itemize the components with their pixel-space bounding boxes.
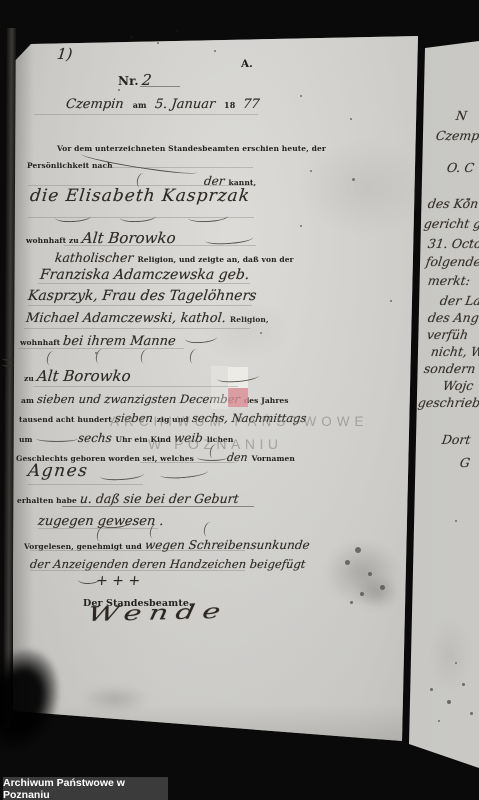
handwritten-text: Agnes <box>27 461 90 481</box>
form-line-l14: amsieben und zwanzigsten Decemberdes Jah… <box>21 388 292 407</box>
paper-speck <box>176 30 178 32</box>
margin-note: 1) <box>56 45 73 63</box>
handwritten-text: sechs <box>77 431 112 445</box>
margin-mark <box>2 356 14 361</box>
paper-speck <box>300 225 302 227</box>
form-rule <box>64 245 256 246</box>
printed-text: des Jahres <box>244 396 289 405</box>
handwritten-text: katholischer <box>54 250 134 265</box>
form-line-l13: zuAlt Borowko <box>24 366 135 385</box>
dateline-year: 77 <box>243 97 261 112</box>
paper-speck <box>214 50 216 52</box>
printed-text: zu <box>24 374 34 383</box>
printed-text: Vornamen <box>252 454 295 463</box>
record-number-label: Nr. <box>118 74 139 88</box>
handwritten-text: die Elisabeth Kasprzak <box>29 186 251 206</box>
form-line-l19: erhalten habeu. daß sie bei der Geburt <box>17 488 243 507</box>
right-page-fragment: Wojc <box>442 378 475 393</box>
form-rule <box>28 484 143 485</box>
paper-speck <box>462 683 465 686</box>
handwritten-text: u. daß sie bei der Geburt <box>79 491 239 506</box>
paper-speck <box>467 198 470 201</box>
paper-stain <box>430 620 470 690</box>
right-page-fragment: des Kön <box>427 196 479 211</box>
form-rule <box>38 283 250 284</box>
section-letter: A. <box>241 58 253 70</box>
margin-mark <box>2 362 14 367</box>
watermark-flag-shadow <box>211 366 229 409</box>
paper-stain <box>355 575 400 610</box>
form-line-l18: Agnes <box>28 461 92 481</box>
right-page-fragment: geschrieb <box>417 395 479 410</box>
right-page-fragment: Dort <box>441 432 472 447</box>
form-rule <box>62 506 254 507</box>
handwritten-text: bei ihrem Manne <box>62 334 176 349</box>
paper-speck <box>470 712 473 715</box>
form-rule <box>30 570 245 571</box>
right-page-fragment: des Ange <box>427 310 479 325</box>
paper-stain <box>80 685 150 713</box>
form-rule <box>140 86 180 87</box>
watermark-text: ARCHIWUM PAŃSTWOWE <box>110 414 369 429</box>
paper-speck <box>438 720 440 722</box>
dateline-place: Czempin <box>65 97 124 112</box>
form-rule <box>34 114 258 115</box>
paper-stain <box>300 140 430 235</box>
handwritten-text: Michael Adamczewski, kathol. <box>25 311 226 326</box>
handwritten-text: der Anzeigenden deren Handzeichen beigef… <box>29 557 306 571</box>
form-line-l9: Kasprzyk, Frau des Tagelöhners <box>28 285 260 304</box>
right-page-fragment: folgende <box>425 254 479 269</box>
printed-text: wohnhaft zu <box>26 236 79 245</box>
form-rule <box>33 386 238 387</box>
handwritten-text: Alt Borowko <box>36 367 132 385</box>
printed-text: Persönlichkeit nach <box>27 161 113 170</box>
registrar-signature: Wende <box>86 599 230 626</box>
printed-text: tausend acht hundert <box>19 415 112 424</box>
dateline-century: 18 <box>224 100 235 110</box>
right-page-fragment: verfüh <box>426 327 469 342</box>
right-page-fragment: nicht, Weg <box>430 344 479 359</box>
right-page-fragment: N <box>455 108 468 123</box>
paper-speck <box>350 118 352 120</box>
handwritten-text: + + + <box>95 573 141 589</box>
paper-stain <box>200 300 290 360</box>
form-line-l11: wohnhaftbei ihrem Manne <box>20 330 180 349</box>
printed-text: erhalten habe <box>17 496 77 505</box>
form-rule <box>140 462 235 463</box>
form-line-l24: + + + <box>96 570 144 589</box>
form-line-l8: Franziska Adamczewska geb. <box>40 264 253 283</box>
form-rule <box>30 550 245 551</box>
poland-flag-icon <box>228 388 248 407</box>
form-line-l26: Wende <box>88 602 185 626</box>
handwritten-text: Kasprzyk, Frau des Tagelöhners <box>27 288 257 304</box>
pen-stroke <box>36 435 78 442</box>
printed-text: wohnhaft <box>20 338 60 347</box>
paper-speck <box>447 700 451 704</box>
right-page-fragment: G <box>459 455 471 470</box>
dateline: Czempin am 5. Januar 18 77 <box>66 93 264 112</box>
dateline-date: 5. Januar <box>154 97 216 112</box>
printed-text: Vor dem unterzeichneten Standesbeamten e… <box>57 144 326 153</box>
paper-speck <box>95 352 97 354</box>
paper-speck <box>157 42 159 44</box>
paper-speck <box>430 688 433 691</box>
paper-speck <box>130 36 133 39</box>
right-page-fragment: der Lan <box>439 293 479 308</box>
paper-speck <box>390 300 392 302</box>
right-page-fragment: 31. Octob <box>427 236 479 251</box>
form-line-l4: die Elisabeth Kasprzak <box>30 186 254 206</box>
dateline-am: am <box>133 100 147 110</box>
paper-speck <box>118 89 120 91</box>
right-page-fragment: merkt: <box>427 273 471 288</box>
paper-speck <box>455 520 457 522</box>
archive-label: Archiwum Państwowe w Poznaniu <box>3 777 168 800</box>
printed-text: Religion, und zeigte an, daß von der <box>137 255 293 264</box>
document-scan: 1) A. Nr.2 Czempin am 5. Januar 18 77 Vo… <box>0 0 479 800</box>
handwritten-text: Franziska Adamczewska geb. <box>39 267 250 283</box>
printed-text: um <box>19 435 33 444</box>
right-page-fragment: sondern <box>423 361 477 376</box>
right-page-fragment: gericht g <box>423 216 479 231</box>
right-page-fragment: O. C <box>446 160 475 175</box>
printed-text: am <box>21 396 34 405</box>
right-page-fragment: Czemp <box>435 128 479 143</box>
paper-speck <box>300 95 302 97</box>
paper-speck <box>470 240 472 242</box>
